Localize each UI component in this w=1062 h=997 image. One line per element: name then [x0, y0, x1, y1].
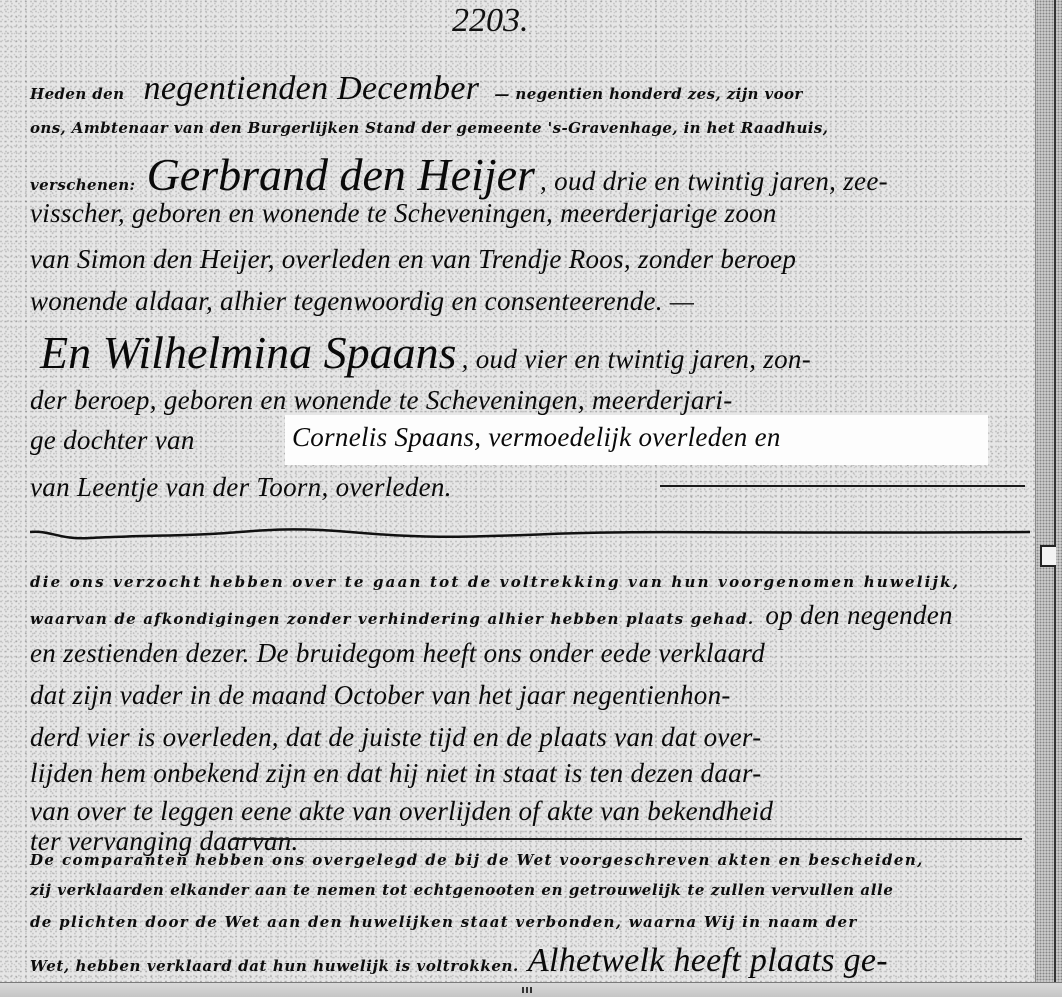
record-line-5: van Simon den Heijer, overleden en van T…: [30, 244, 796, 275]
printed-text: waarvan de afkondigingen zonder verhinde…: [30, 610, 754, 628]
record-line-1: Heden den negentienden December — negent…: [30, 70, 803, 108]
handwritten-date: negentienden December: [144, 70, 480, 107]
page-edge-mark: [1040, 545, 1056, 567]
printed-text: zij verklaarden elkander aan te nemen to…: [30, 881, 893, 899]
scanned-marriage-record: 2203. Heden den negentienden December — …: [0, 0, 1062, 982]
page-number: 2203.: [452, 2, 529, 40]
record-line-14: dat zijn vader in de maand October van h…: [30, 680, 731, 711]
record-line-13: en zestienden dezer. De bruidegom heeft …: [30, 638, 765, 669]
grip-icon[interactable]: [522, 987, 532, 993]
fill-rule: [660, 485, 1025, 487]
printed-text: ons, Ambtenaar van den Burgerlijken Stan…: [30, 119, 828, 137]
printed-text: Wet, hebben verklaard dat hun huwelijk i…: [30, 957, 519, 975]
printed-text: De comparanten hebben ons overgelegd de …: [30, 851, 924, 869]
record-line-12: waarvan de afkondigingen zonder verhinde…: [30, 600, 953, 631]
record-line-9: ge dochter van: [30, 425, 195, 456]
printed-text: de plichten door de Wet aan den huwelijk…: [30, 913, 858, 931]
handwritten-text: ge dochter van: [30, 425, 195, 455]
record-line-4: visscher, geboren en wonende te Scheveni…: [30, 198, 777, 229]
fill-rule: [232, 838, 1022, 840]
printed-text: Heden den: [30, 85, 124, 103]
printed-text: die ons verzocht hebben over te gaan tot…: [30, 573, 960, 591]
separator-line: [30, 528, 1030, 542]
scan-page-edge: [1035, 0, 1062, 982]
highlighted-father-name: Cornelis Spaans, vermoedelijk overleden …: [292, 422, 781, 453]
record-line-3: verschenen: Gerbrand den Heijer , oud dr…: [30, 148, 888, 201]
handwritten-text: Alhetwelk heeft plaats ge-: [528, 942, 888, 979]
handwritten-text: , oud vier en twintig jaren, zon-: [462, 344, 811, 374]
record-line-17: van over te leggen eene akte van overlij…: [30, 796, 773, 827]
record-line-10: van Leentje van der Toorn, overleden.: [30, 472, 452, 503]
record-line-8: der beroep, geboren en wonende te Scheve…: [30, 385, 733, 416]
handwritten-text: , oud drie en twintig jaren, zee-: [540, 166, 888, 196]
record-line-2: ons, Ambtenaar van den Burgerlijken Stan…: [30, 118, 828, 137]
record-line-6: wonende aldaar, alhier tegenwoordig en c…: [30, 286, 694, 317]
record-line-11: die ons verzocht hebben over te gaan tot…: [30, 572, 960, 591]
horizontal-scrollbar[interactable]: [0, 982, 1062, 997]
record-line-19: De comparanten hebben ons overgelegd de …: [30, 850, 924, 869]
handwritten-text: op den negenden: [765, 600, 952, 630]
record-line-15: derd vier is overleden, dat de juiste ti…: [30, 722, 762, 753]
record-line-16: lijden hem onbekend zijn en dat hij niet…: [30, 758, 762, 789]
bride-name: En Wilhelmina Spaans: [40, 327, 457, 378]
record-line-21: de plichten door de Wet aan den huwelijk…: [30, 912, 858, 931]
record-line-7: En Wilhelmina Spaans , oud vier en twint…: [40, 326, 811, 379]
record-line-22: Wet, hebben verklaard dat hun huwelijk i…: [30, 942, 888, 980]
printed-text: — negentien honderd zes, zijn voor: [494, 85, 802, 103]
groom-name: Gerbrand den Heijer: [147, 149, 535, 200]
record-line-20: zij verklaarden elkander aan te nemen to…: [30, 880, 893, 899]
printed-text: verschenen:: [30, 176, 135, 194]
